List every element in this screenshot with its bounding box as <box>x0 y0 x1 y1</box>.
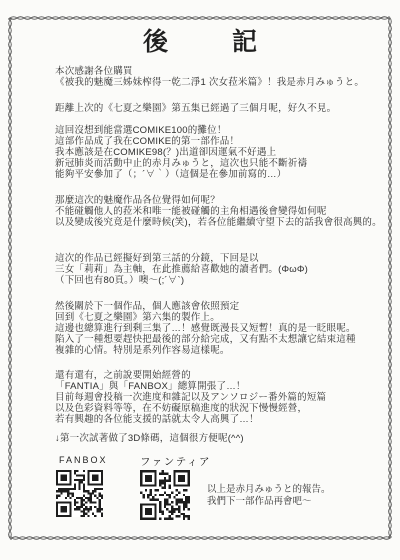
closing-line: 我們下一部作品再會吧～ <box>207 496 331 508</box>
text-line: 這邊也總算進行到剩三集了…！感覺既漫長又短暫！真的是一眨眼呢。 <box>55 323 370 334</box>
fanbox-label: FANBOX <box>59 455 108 465</box>
afterword-body: 本次感謝各位購買《被我的魅魔三姊妹榨得一乾二淨1 次女菈米篇》！我是赤月みゅうと… <box>55 66 370 444</box>
paragraph: 這次的作品已經擬好到第三話的分鏡，下回是以三女「莉莉」為主軸，在此推薦給喜歡她的… <box>55 253 370 286</box>
paragraph: 本次感謝各位購買《被我的魅魔三姊妹榨得一乾二淨1 次女菈米篇》！我是赤月みゅうと… <box>55 66 370 88</box>
closing-line: 以上是赤月みゅうと的報告。 <box>207 484 331 496</box>
text-line: 回到《七夏之樂園》第六集的製作上。 <box>55 312 370 323</box>
text-line: 不能碰觸他人的菈米和唯一能被碰觸的主角相遇後會變得如何呢 <box>55 206 370 217</box>
text-line: 這回沒想到能當選COMIKE100的攤位！ <box>55 125 370 136</box>
text-line: 那麼這次的魅魔作品各位覺得如何呢？ <box>55 195 370 206</box>
text-line: 這次的作品已經擬好到第三話的分鏡，下回是以 <box>55 253 370 264</box>
text-line: ↓第一次試著做了3D條碼，這個很方便呢(^^) <box>55 433 370 444</box>
text-line: 三女「莉莉」為主軸，在此推薦給喜歡她的讀者們。(ΦωΦ) <box>55 264 370 275</box>
closing-note: 以上是赤月みゅうと的報告。 我們下一部作品再會吧～ <box>207 484 331 507</box>
text-line: 能夠平安參加了（；´∀｀）（這個是在參加前寫的…） <box>55 169 370 180</box>
text-line: 「FANTIA」與「FANBOX」總算開張了…！ <box>55 381 370 392</box>
text-line: 這部作品成了我在COMIKE的第一部作品！ <box>55 136 370 147</box>
paragraph: 距離上次的《七夏之樂園》第五集已經過了三個月呢，好久不見。 <box>55 103 370 114</box>
text-line: 《被我的魅魔三姊妹榨得一乾二淨1 次女菈米篇》！我是赤月みゅうと。 <box>55 77 370 88</box>
paragraph: 這回沒想到能當選COMIKE100的攤位！這部作品成了我在COMIKE的第一部作… <box>55 125 370 180</box>
text-line: 以及變成後究竟是什麼時候(笑)，若各位能繼續守望下去的話我會很高興的。 <box>55 217 370 228</box>
afterword-page: 後 記 本次感謝各位購買《被我的魅魔三姊妹榨得一乾二淨1 次女菈米篇》！我是赤月… <box>0 0 400 560</box>
paragraph: 還有還有，之前說要開始經營的「FANTIA」與「FANBOX」總算開張了…！目前… <box>55 370 370 425</box>
fantia-label: ファンティア <box>140 454 211 469</box>
paragraph: 然後關於下一個作品，個人應該會依照預定回到《七夏之樂園》第六集的製作上。這邊也總… <box>55 301 370 356</box>
text-line: 若有興趣的各位能支援的話就太令人高興了…！ <box>55 414 370 425</box>
text-line: 目前每週會投稿一次進度和雜記以及アンソロジー番外篇的短篇 <box>55 392 370 403</box>
fantia-qr-code <box>140 470 190 520</box>
title-char: 後 <box>143 22 168 58</box>
text-line: 距離上次的《七夏之樂園》第五集已經過了三個月呢，好久不見。 <box>55 103 370 114</box>
page-title: 後 記 <box>0 22 400 58</box>
paragraph: 那麼這次的魅魔作品各位覺得如何呢？不能碰觸他人的菈米和唯一能被碰觸的主角相遇後會… <box>55 195 370 228</box>
text-line: 新冠肺炎而活動中止的赤月みゅうと，這次也只能不斷祈禱 <box>55 158 370 169</box>
text-line: 陷入了一種想要趕快把最後的部分給完成，又有點不太想讓它結束這種 <box>55 334 370 345</box>
text-line: 本次感謝各位購買 <box>55 66 370 77</box>
text-line: 還有還有，之前說要開始經營的 <box>55 370 370 381</box>
text-line: （下回也有80頁。）噢～(;´∀`) <box>55 275 370 286</box>
text-line: 複雜的心情。特別是系列作容易這樣呢。 <box>55 345 370 356</box>
text-line: 我本應該是在COMIKE98(？)出道卻因運氣不好遇上 <box>55 147 370 158</box>
paragraph: ↓第一次試著做了3D條碼，這個很方便呢(^^) <box>55 433 370 444</box>
fanbox-qr-code <box>56 470 103 517</box>
text-line: 然後關於下一個作品，個人應該會依照預定 <box>55 301 370 312</box>
title-char: 記 <box>232 22 257 58</box>
text-line: 以及色彩資料等等，在不妨礙原稿進度的狀況下慢慢經營， <box>55 403 370 414</box>
